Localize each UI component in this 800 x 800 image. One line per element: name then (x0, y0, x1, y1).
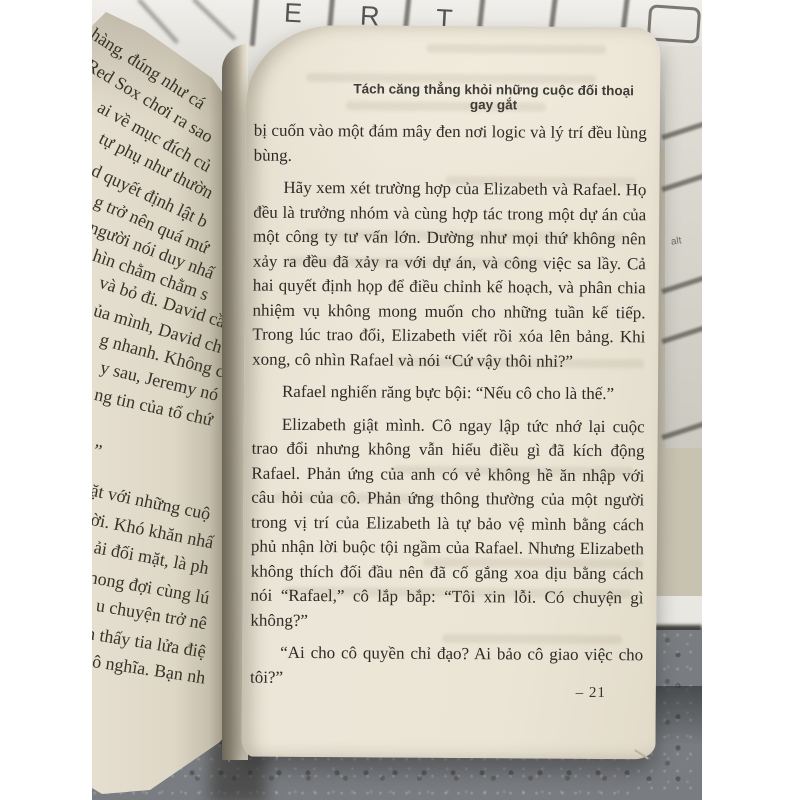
showthrough-line (426, 44, 606, 54)
right-page: Tách căng thẳng khỏi những cuộc đối thoạ… (241, 25, 660, 760)
alt-key-label: alt (670, 235, 682, 247)
body-paragraph: Rafael nghiến răng bực bội: “Nếu cô cho … (252, 380, 645, 407)
body-paragraph: bị cuốn vào một đám mây đen nơi logic và… (254, 119, 647, 171)
keyboard-key-e: E (283, 0, 303, 29)
keyboard-key-gap (661, 173, 702, 192)
keyboard-key-gap (250, 0, 260, 46)
keyboard-key-gap (661, 121, 702, 140)
keyboard-right-edge: alt (665, 46, 702, 448)
page-body: bị cuốn vào một đám mây đen nơi logic và… (250, 119, 647, 701)
book-photo: E R T alt hàng, đúng như cá Red Sox chơi (0, 0, 800, 800)
keyboard-key-gap (192, 0, 237, 41)
photo-area: E R T alt hàng, đúng như cá Red Sox chơi (92, 0, 702, 800)
page-number: – 21 (576, 685, 606, 702)
keyboard-key-gap (661, 325, 702, 344)
body-paragraph: Elizabeth giật mình. Cô ngay lập tức nhớ… (250, 412, 645, 635)
keyboard-key-gap (661, 275, 702, 294)
body-paragraph: Hãy xem xét trường hợp của Elizabeth và … (252, 176, 646, 375)
running-header: Tách căng thẳng khỏi những cuộc đối thoạ… (341, 81, 646, 113)
keyboard-key-gap (661, 421, 702, 440)
page-corner-fold (634, 749, 649, 759)
